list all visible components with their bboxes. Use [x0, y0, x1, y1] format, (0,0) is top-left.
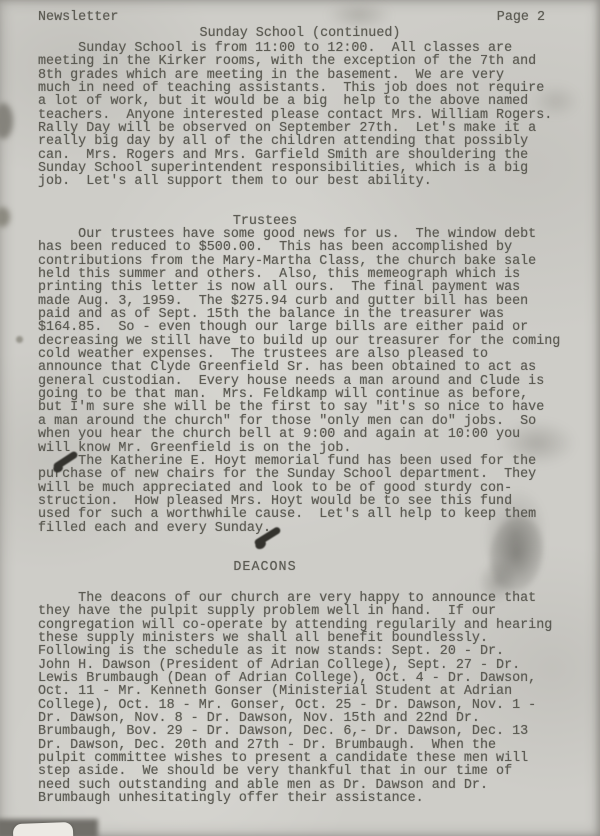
small-ink-dot	[16, 336, 23, 343]
page-number: Page 2	[497, 11, 545, 24]
underlying-paper-corner	[13, 822, 73, 836]
section-heading-deacons: DEACONS	[0, 561, 565, 574]
section-body-trustees: Our trustees have some good news for us.…	[38, 228, 583, 535]
document-title: Newsletter	[38, 11, 118, 24]
section-body-deacons: The deacons of our church are very happy…	[38, 592, 583, 806]
newsletter-scanned-page: Newsletter Page 2 Sunday School (continu…	[0, 0, 600, 836]
left-edge-smudge-upper	[0, 103, 13, 139]
section-heading-sunday-school: Sunday School (continued)	[0, 27, 600, 40]
section-body-sunday-school: Sunday School is from 11:00 to 12:00. Al…	[38, 42, 583, 189]
bottom-edge-shadow	[0, 819, 98, 836]
